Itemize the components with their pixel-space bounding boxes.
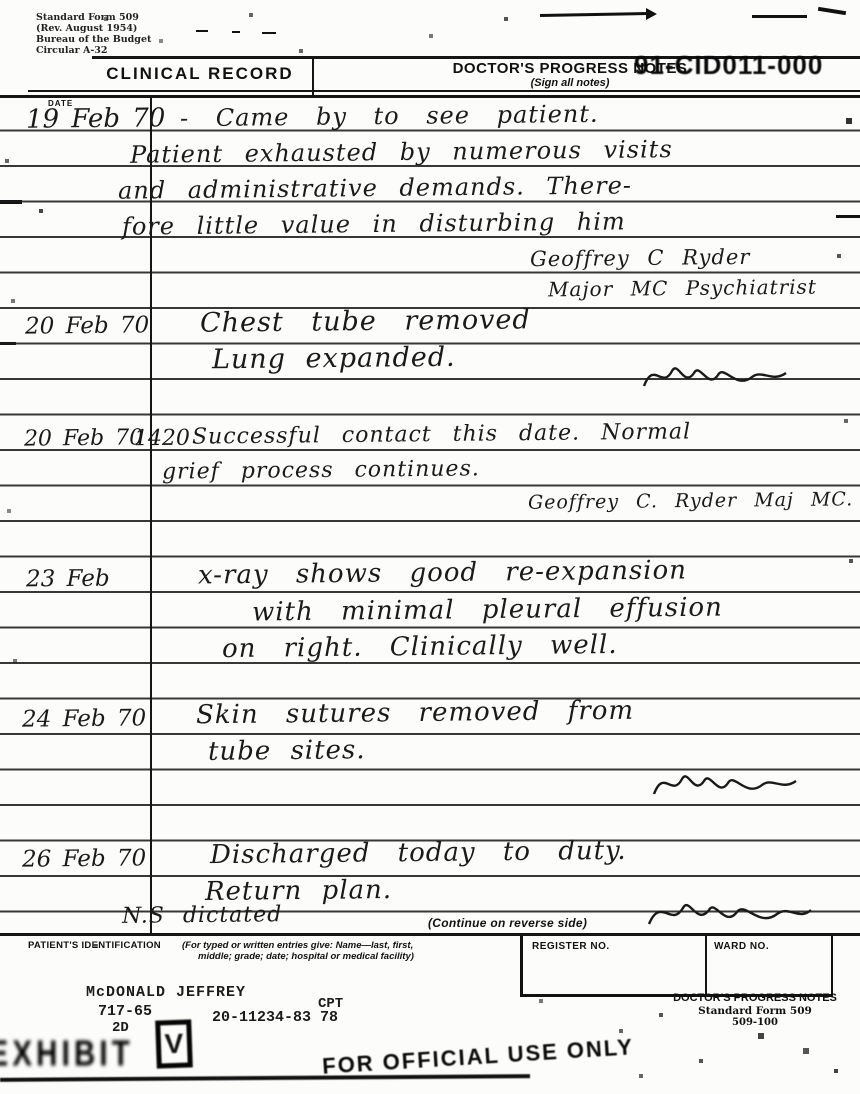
entry-line: Return plan. — [205, 877, 392, 905]
entry-line: - Came by to see patient. — [180, 102, 599, 130]
clinical-record-title: CLINICAL RECORD — [95, 64, 305, 84]
patient-name: McDONALD JEFFREY — [86, 984, 246, 1001]
entry-line: x-ray shows good re-expansion — [198, 557, 687, 588]
patient-id-instructions-1: (For typed or written entries give: Name… — [182, 940, 413, 951]
signature: Geoffrey C Ryder — [530, 247, 751, 270]
form-code-footer: 509-100 — [660, 1017, 850, 1028]
entry-line: and administrative demands. There- — [118, 173, 632, 202]
entry-line: Successful contact this date. Normal — [192, 421, 691, 448]
entry-line: grief process continues. — [162, 458, 480, 483]
entry-line: N.S dictated — [122, 904, 282, 928]
entry-line: Skin sutures removed from — [196, 698, 634, 729]
entry-line: fore little value in disturbing him — [122, 209, 626, 238]
ward-no-label: WARD NO. — [714, 941, 769, 952]
signature: Geoffrey C. Ryder Maj MC. — [528, 490, 853, 512]
scan-artifact — [818, 7, 846, 15]
scan-artifact — [262, 32, 276, 34]
patient-id-instructions-2: middle; grade; date; hospital or medical… — [198, 951, 414, 962]
entry-date: 20 Feb 70 — [24, 427, 143, 450]
scan-artifact — [232, 31, 240, 33]
scanned-document-page: Standard Form 509 (Rev. August 1954) Bur… — [0, 0, 860, 1094]
entry-line: Discharged today to duty. — [210, 838, 627, 868]
form-title-footer: DOCTOR'S PROGRESS NOTES — [660, 992, 850, 1004]
form-identification-block: Standard Form 509 (Rev. August 1954) Bur… — [36, 12, 151, 56]
form-name-footer: Standard Form 509 — [660, 1005, 850, 1017]
register-ward-divider — [705, 936, 707, 994]
form-revision: (Rev. August 1954) — [36, 23, 151, 34]
form-circular: Circular A-32 — [36, 45, 151, 56]
scan-noise-layer — [0, 0, 2, 2]
entry-line: on right. Clinically well. — [222, 632, 618, 662]
continue-reverse-note: (Continue on reverse side) — [428, 916, 587, 930]
entry-date: 26 Feb 70 — [22, 847, 146, 871]
form-bureau: Bureau of the Budget — [36, 34, 151, 45]
entry-line: tube sites. — [208, 737, 366, 765]
scan-artifact — [752, 15, 807, 18]
patient-id-label: PATIENT'S IDENTIFICATION — [28, 940, 161, 951]
entry-line: Lung expanded. — [212, 344, 456, 374]
patient-number-2: 20-11234-83 78 — [212, 1009, 338, 1026]
scan-artifact — [0, 1074, 530, 1082]
official-use-stamp: FOR OFFICIAL USE ONLY — [321, 1034, 634, 1080]
v-check-letter: V — [164, 1028, 184, 1060]
signature-scrawl-icon — [640, 358, 790, 394]
signature-scrawl-icon — [645, 894, 815, 932]
entry-line: Patient exhausted by numerous visits — [130, 137, 673, 167]
entry-line: Chest tube removed — [200, 306, 531, 336]
entry-date: 23 Feb — [26, 568, 110, 592]
register-no-label: REGISTER NO. — [532, 941, 610, 952]
entry-date: 24 Feb 70 — [22, 707, 146, 731]
header-bottom-rule-1 — [28, 90, 860, 92]
signature-scrawl-icon — [650, 766, 800, 802]
v-check-stamp: V — [155, 1019, 193, 1068]
entry-date: 20 Feb 70 — [25, 314, 149, 338]
scan-artifact — [540, 12, 648, 17]
patient-number-1: 717-65 — [98, 1003, 152, 1020]
case-number-stamp: 91-CID011-000 — [634, 50, 823, 81]
entry-line: with minimal pleural effusion — [252, 595, 723, 626]
entry-date: 19 Feb 70 — [26, 105, 166, 132]
exhibit-stamp: EXHIBIT — [0, 1033, 134, 1075]
entry-time: 1420 — [134, 428, 190, 451]
header-divider — [312, 56, 314, 96]
scan-artifact — [196, 30, 208, 32]
form-number: Standard Form 509 — [36, 12, 151, 23]
scan-artifact — [646, 8, 657, 20]
signature-title: Major MC Psychiatrist — [548, 277, 817, 300]
